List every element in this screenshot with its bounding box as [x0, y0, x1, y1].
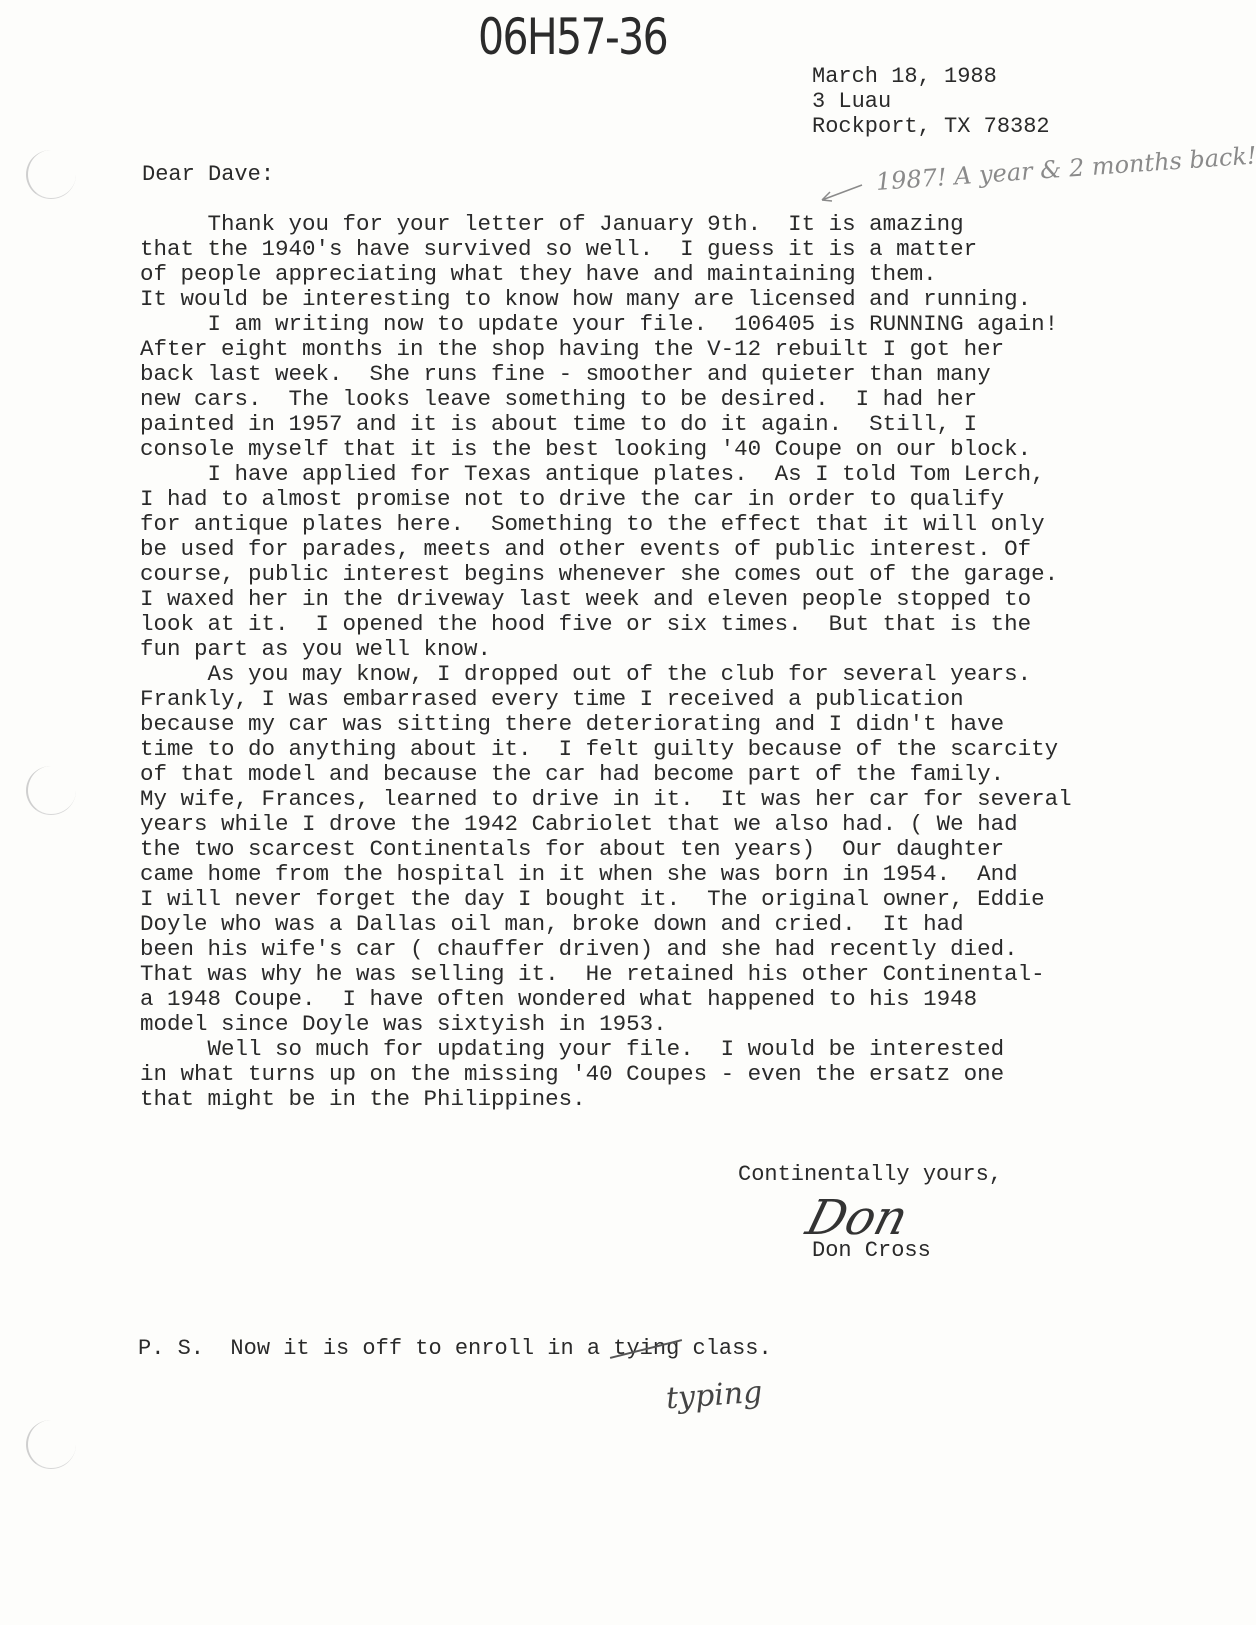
body-line: time to do anything about it. I felt gui…	[140, 737, 1072, 762]
body-line: of that model and because the car had be…	[140, 762, 1072, 787]
body-line: of people appreciating what they have an…	[140, 262, 1072, 287]
body-line: course, public interest begins whenever …	[140, 562, 1072, 587]
body-line: It would be interesting to know how many…	[140, 287, 1072, 312]
body-line: new cars. The looks leave something to b…	[140, 387, 1072, 412]
body-line: a 1948 Coupe. I have often wondered what…	[140, 987, 1072, 1012]
body-line: Well so much for updating your file. I w…	[140, 1037, 1072, 1062]
body-line: model since Doyle was sixtyish in 1953.	[140, 1012, 1072, 1037]
body-line: That was why he was selling it. He retai…	[140, 962, 1072, 987]
body-line: because my car was sitting there deterio…	[140, 712, 1072, 737]
body-line: for antique plates here. Something to th…	[140, 512, 1072, 537]
body-line: fun part as you well know.	[140, 637, 1072, 662]
signer-name: Don Cross	[812, 1238, 931, 1263]
postscript-suffix: class.	[679, 1336, 771, 1361]
punch-hole-bottom	[26, 1420, 76, 1469]
body-line: years while I drove the 1942 Cabriolet t…	[140, 812, 1072, 837]
punch-hole-middle	[26, 766, 76, 815]
salutation: Dear Dave:	[142, 162, 274, 187]
body-line: Frankly, I was embarrased every time I r…	[140, 687, 1072, 712]
handwritten-correction: typing	[665, 1375, 764, 1417]
body-line: As you may know, I dropped out of the cl…	[140, 662, 1072, 687]
body-line: After eight months in the shop having th…	[140, 337, 1072, 362]
letter-body: Thank you for your letter of January 9th…	[140, 212, 1072, 1112]
body-line: Thank you for your letter of January 9th…	[140, 212, 1072, 237]
letter-date: March 18, 1988	[812, 64, 1050, 89]
letter-header: March 18, 19883 LuauRockport, TX 78382	[812, 64, 1050, 139]
body-line: I am writing now to update your file. 10…	[140, 312, 1072, 337]
body-line: I have applied for Texas antique plates.…	[140, 462, 1072, 487]
body-line: I waxed her in the driveway last week an…	[140, 587, 1072, 612]
postscript-prefix: P. S. Now it is off to enroll in a	[138, 1336, 613, 1361]
address-line-1: 3 Luau	[812, 89, 1050, 114]
body-line: be used for parades, meets and other eve…	[140, 537, 1072, 562]
margin-annotation: 1987! A year & 2 months back!	[875, 141, 1256, 196]
punch-hole-top	[26, 150, 76, 199]
struck-word: tying	[613, 1336, 679, 1361]
body-line: painted in 1957 and it is about time to …	[140, 412, 1072, 437]
address-line-2: Rockport, TX 78382	[812, 114, 1050, 139]
body-line: console myself that it is the best looki…	[140, 437, 1072, 462]
body-line: been his wife's car ( chauffer driven) a…	[140, 937, 1072, 962]
body-line: I had to almost promise not to drive the…	[140, 487, 1072, 512]
body-line: the two scarcest Continentals for about …	[140, 837, 1072, 862]
body-line: look at it. I opened the hood five or si…	[140, 612, 1072, 637]
body-line: came home from the hospital in it when s…	[140, 862, 1072, 887]
annotation-arrow-icon	[818, 182, 864, 204]
body-line: back last week. She runs fine - smoother…	[140, 362, 1072, 387]
body-line: that the 1940's have survived so well. I…	[140, 237, 1072, 262]
body-line: I will never forget the day I bought it.…	[140, 887, 1072, 912]
closing: Continentally yours,	[738, 1162, 1002, 1187]
body-line: My wife, Frances, learned to drive in it…	[140, 787, 1072, 812]
postscript: P. S. Now it is off to enroll in a tying…	[138, 1336, 772, 1361]
body-line: that might be in the Philippines.	[140, 1087, 1072, 1112]
reference-number: 06H57-36	[478, 8, 667, 66]
body-line: in what turns up on the missing '40 Coup…	[140, 1062, 1072, 1087]
body-line: Doyle who was a Dallas oil man, broke do…	[140, 912, 1072, 937]
